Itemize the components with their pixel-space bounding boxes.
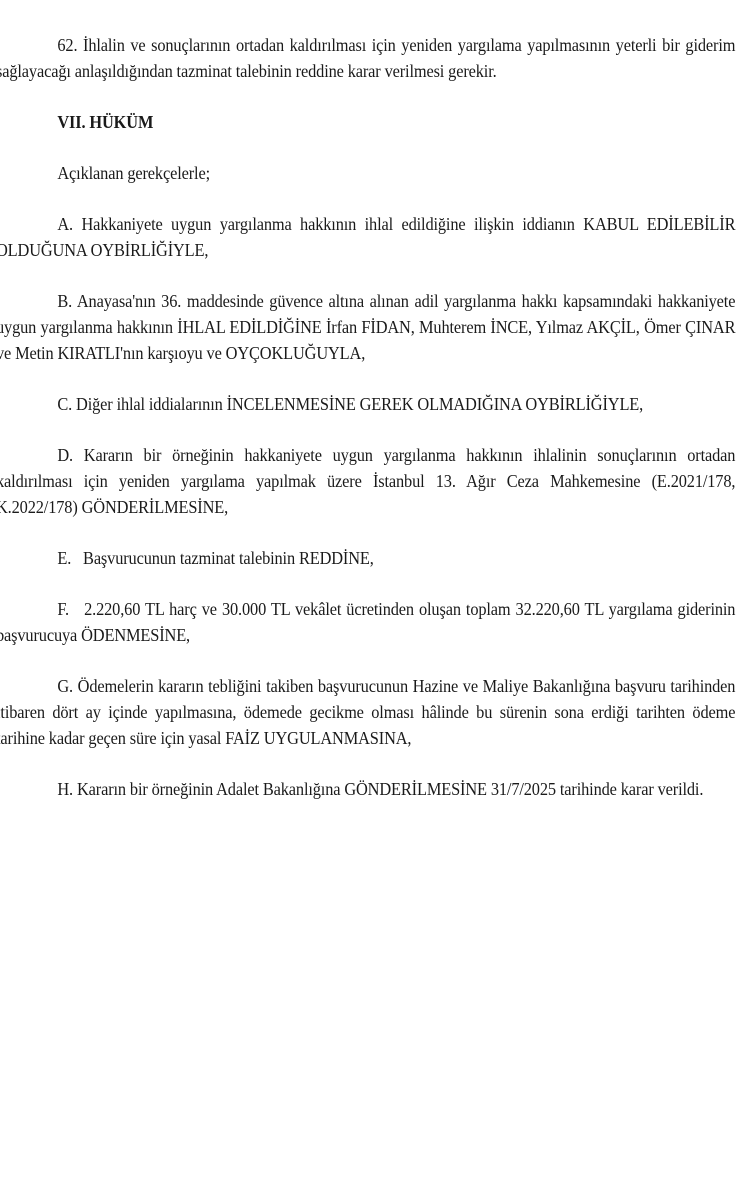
paragraph-62: 62. İhlalin ve sonuçlarının ortadan kald… bbox=[0, 32, 735, 84]
ruling-item-d: D. Kararın bir örneğinin hakkaniyete uyg… bbox=[0, 442, 735, 520]
ruling-item-b: B. Anayasa'nın 36. maddesinde güvence al… bbox=[0, 288, 735, 366]
ruling-item-c: C. Diğer ihlal iddialarının İNCELENMESİN… bbox=[0, 391, 735, 417]
intro-text: Açıklanan gerekçelerle; bbox=[0, 160, 735, 186]
document-page: 62. İhlalin ve sonuçlarının ortadan kald… bbox=[0, 32, 735, 802]
ruling-item-e: E. Başvurucunun tazminat talebinin REDDİ… bbox=[0, 545, 735, 571]
ruling-item-a: A. Hakkaniyete uygun yargılanma hakkının… bbox=[0, 211, 735, 263]
section-heading-hukum: VII. HÜKÜM bbox=[0, 109, 735, 135]
ruling-item-f: F. 2.220,60 TL harç ve 30.000 TL vekâlet… bbox=[0, 596, 735, 648]
ruling-item-h: H. Kararın bir örneğinin Adalet Bakanlığ… bbox=[0, 776, 735, 802]
ruling-item-g: G. Ödemelerin kararın tebliğini takiben … bbox=[0, 673, 735, 751]
